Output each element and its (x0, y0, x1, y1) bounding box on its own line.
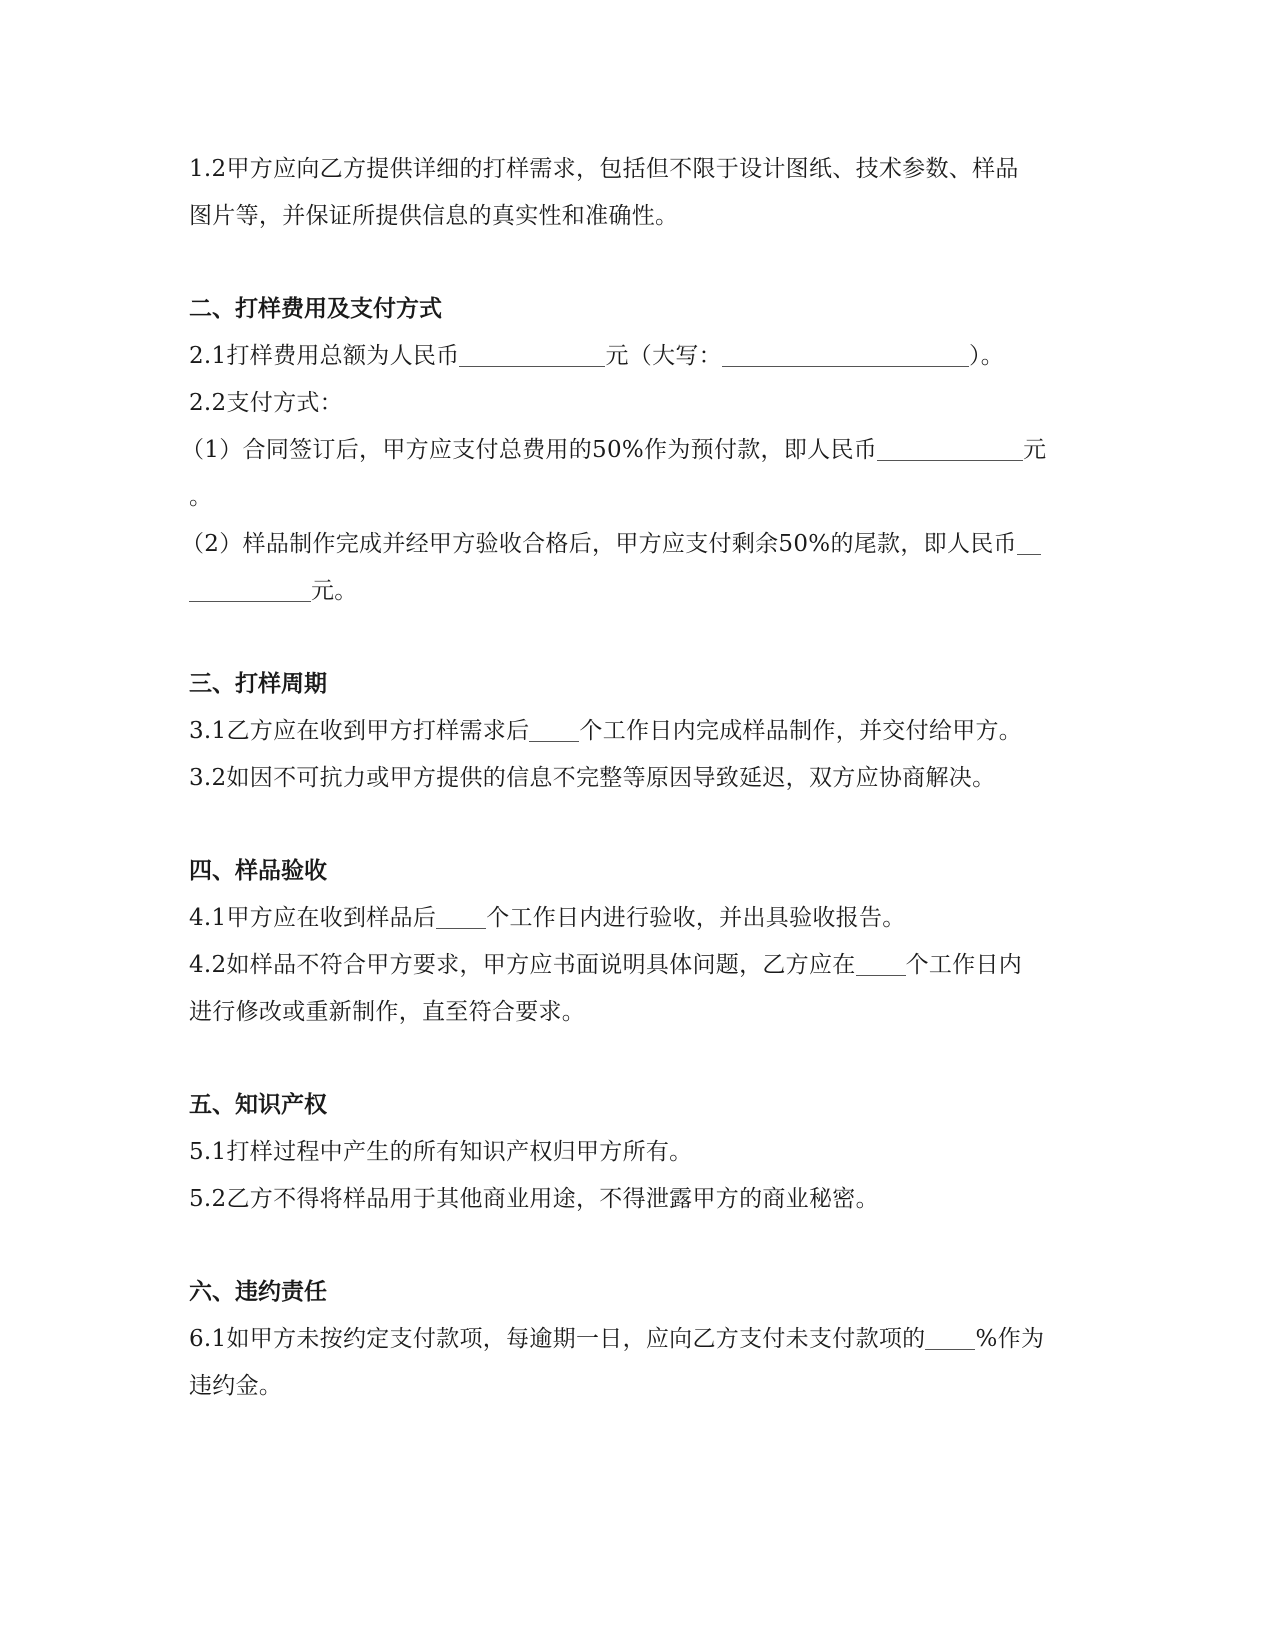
acceptance-days-blank[interactable] (436, 906, 486, 929)
clause-2-1-suffix: ）。 (969, 343, 1004, 369)
clause-4-1-prefix: 4.1甲方应在收到样品后 (189, 905, 436, 931)
revision-days-blank[interactable] (856, 953, 906, 976)
clause-5-2: 5.2乙方不得将样品用于其他商业用途，不得泄露甲方的商业秘密。 (189, 1176, 1079, 1223)
section-4-heading: 四、样品验收 (189, 848, 1079, 895)
clause-1-2-line-2: 图片等，并保证所提供信息的真实性和准确性。 (189, 193, 1079, 240)
production-days-blank[interactable] (529, 719, 579, 742)
final-payment-blank-part-1[interactable] (1017, 532, 1041, 555)
final-payment-blank-part-2[interactable] (189, 579, 311, 602)
payment-item-1-prefix: （1）合同签订后，甲方应支付总费用的50%作为预付款，即人民币 (181, 437, 877, 463)
clause-5-1: 5.1打样过程中产生的所有知识产权归甲方所有。 (189, 1129, 1079, 1176)
payment-item-2-wrap: 元。 (189, 568, 1079, 615)
contract-page: 1.2甲方应向乙方提供详细的打样需求，包括但不限于设计图纸、技术参数、样品 图片… (189, 146, 1079, 1410)
clause-2-1-prefix: 2.1打样费用总额为人民币 (189, 343, 459, 369)
clause-6-1: 6.1如甲方未按约定支付款项，每逾期一日，应向乙方支付未支付款项的%作为 (189, 1316, 1079, 1363)
clause-4-1-suffix: 个工作日内进行验收，并出具验收报告。 (486, 905, 905, 931)
section-2-heading: 二、打样费用及支付方式 (189, 286, 1079, 333)
section-5-heading: 五、知识产权 (189, 1082, 1079, 1129)
clause-6-1-suffix: %作为 (975, 1326, 1044, 1352)
clause-2-2: 2.2支付方式： (189, 380, 1079, 427)
payment-item-2-prefix: （2）样品制作完成并经甲方验收合格后，甲方应支付剩余50%的尾款，即人民币 (181, 531, 1017, 557)
prepayment-amount-blank[interactable] (877, 438, 1023, 461)
clause-4-2-prefix: 4.2如样品不符合甲方要求，甲方应书面说明具体问题，乙方应在 (189, 952, 856, 978)
clause-3-2: 3.2如因不可抗力或甲方提供的信息不完整等原因导致延迟，双方应协商解决。 (189, 755, 1079, 802)
payment-item-1-wrap: 。 (189, 474, 1079, 521)
payment-item-1-suffix: 元 (1023, 437, 1046, 463)
payment-item-1: （1）合同签订后，甲方应支付总费用的50%作为预付款，即人民币元 (181, 427, 1079, 474)
payment-item-2-suffix: 元。 (311, 578, 358, 604)
clause-3-1-suffix: 个工作日内完成样品制作，并交付给甲方。 (579, 718, 1022, 744)
clause-6-1-line-2: 违约金。 (189, 1363, 1079, 1410)
clause-4-1: 4.1甲方应在收到样品后个工作日内进行验收，并出具验收报告。 (189, 895, 1079, 942)
section-6-heading: 六、违约责任 (189, 1269, 1079, 1316)
clause-3-1: 3.1乙方应在收到甲方打样需求后个工作日内完成样品制作，并交付给甲方。 (189, 708, 1079, 755)
section-3-heading: 三、打样周期 (189, 661, 1079, 708)
clause-3-1-prefix: 3.1乙方应在收到甲方打样需求后 (189, 718, 529, 744)
clause-4-2: 4.2如样品不符合甲方要求，甲方应书面说明具体问题，乙方应在个工作日内 (189, 942, 1079, 989)
clause-4-2-line-2: 进行修改或重新制作，直至符合要求。 (189, 989, 1079, 1036)
clause-4-2-suffix: 个工作日内 (906, 952, 1023, 978)
clause-6-1-prefix: 6.1如甲方未按约定支付款项，每逾期一日，应向乙方支付未支付款项的 (189, 1326, 925, 1352)
clause-1-2-line-1: 1.2甲方应向乙方提供详细的打样需求，包括但不限于设计图纸、技术参数、样品 (189, 146, 1079, 193)
amount-blank[interactable] (459, 344, 605, 367)
payment-item-2: （2）样品制作完成并经甲方验收合格后，甲方应支付剩余50%的尾款，即人民币 (181, 521, 1079, 568)
clause-2-1-middle: 元（大写： (605, 343, 722, 369)
amount-in-words-blank[interactable] (722, 344, 969, 367)
clause-2-1: 2.1打样费用总额为人民币元（大写：）。 (189, 333, 1079, 380)
penalty-rate-blank[interactable] (925, 1327, 975, 1350)
